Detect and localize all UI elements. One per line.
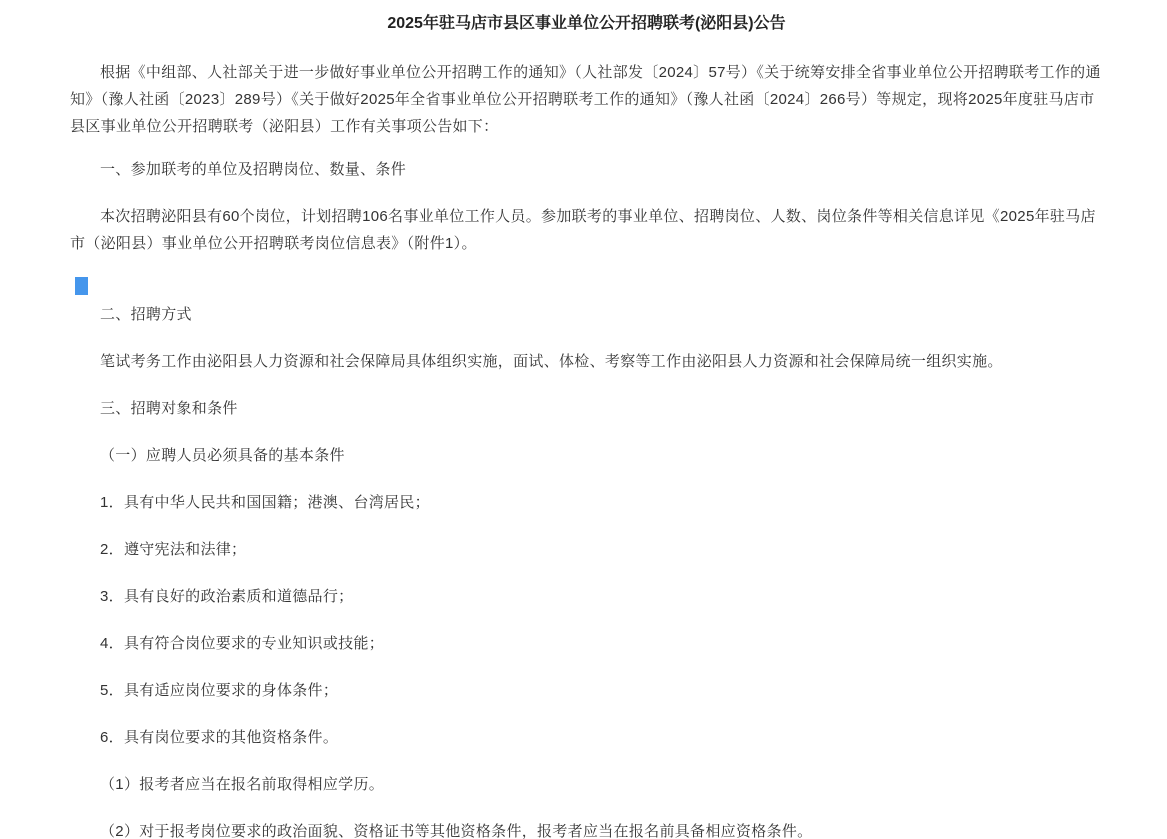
document-body: 2025年驻马店市县区事业单位公开招聘联考(泌阳县)公告 根据《中组部、人社部关… xyxy=(0,0,1167,839)
intro-paragraph: 根据《中组部、人社部关于进一步做好事业单位公开招聘工作的通知》（人社部发〔202… xyxy=(70,59,1103,140)
announcement-page: 2025年驻马店市县区事业单位公开招聘联考(泌阳县)公告 根据《中组部、人社部关… xyxy=(0,0,1167,839)
section1-heading: 一、参加联考的单位及招聘岗位、数量、条件 xyxy=(70,156,1103,183)
section1-paragraph: 本次招聘泌阳县有60个岗位，计划招聘106名事业单位工作人员。参加联考的事业单位… xyxy=(70,203,1103,257)
condition-item: （1）报考者应当在报名前取得相应学历。 xyxy=(70,771,1103,798)
condition-item: 3．具有良好的政治素质和道德品行； xyxy=(70,583,1103,610)
condition-item: 6．具有岗位要求的其他资格条件。 xyxy=(70,724,1103,751)
condition-item: 5．具有适应岗位要求的身体条件； xyxy=(70,677,1103,704)
condition-item: 2．遵守宪法和法律； xyxy=(70,536,1103,563)
section3-heading: 三、招聘对象和条件 xyxy=(70,395,1103,422)
condition-item: 1．具有中华人民共和国国籍；港澳、台湾居民； xyxy=(70,489,1103,516)
section2-paragraph: 笔试考务工作由泌阳县人力资源和社会保障局具体组织实施，面试、体检、考察等工作由泌… xyxy=(70,348,1103,375)
section3-subheading: （一）应聘人员必须具备的基本条件 xyxy=(70,442,1103,469)
condition-item: （2）对于报考岗位要求的政治面貌、资格证书等其他资格条件，报考者应当在报名前具备… xyxy=(70,818,1103,839)
condition-item: 4．具有符合岗位要求的专业知识或技能； xyxy=(70,630,1103,657)
section2-heading: 二、招聘方式 xyxy=(70,301,1103,328)
page-title: 2025年驻马店市县区事业单位公开招聘联考(泌阳县)公告 xyxy=(70,13,1103,35)
blue-selection-marker xyxy=(75,277,88,295)
